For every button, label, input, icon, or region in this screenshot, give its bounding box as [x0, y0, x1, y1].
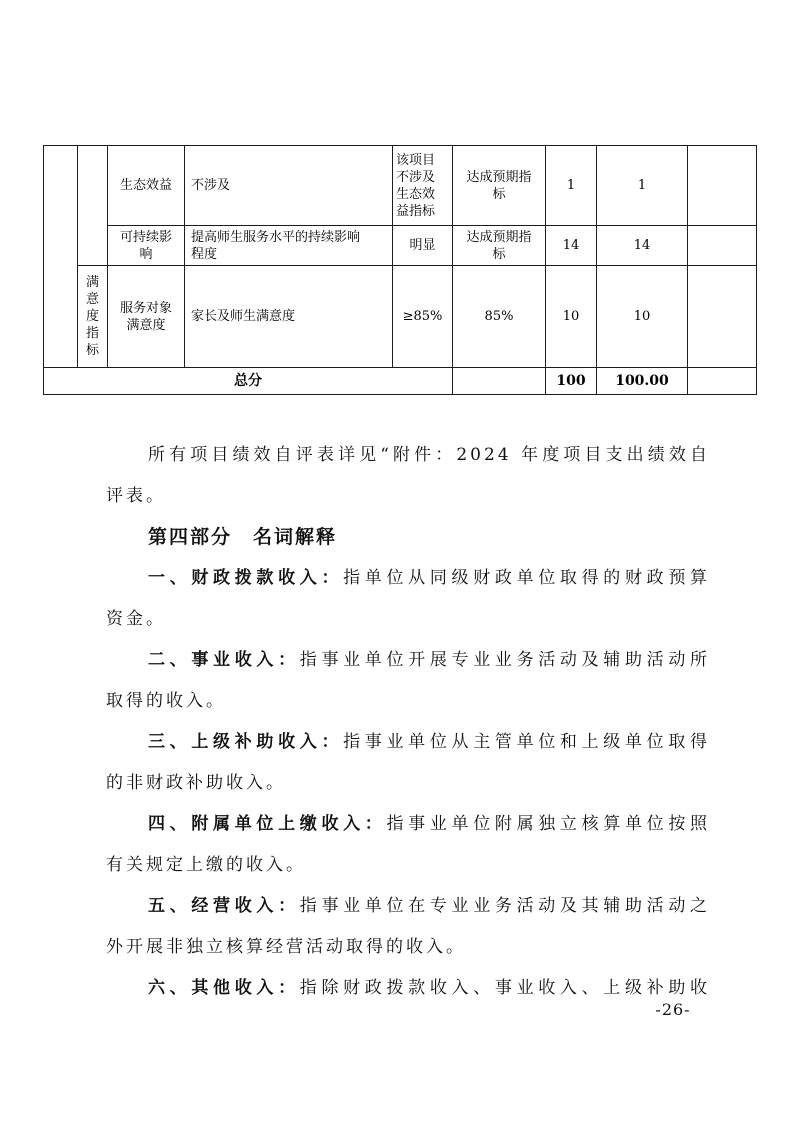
text-line: 五、经营收入：指事业单位在专业业务活动及其辅助活动之: [106, 886, 710, 927]
term-label: 四、附属单位上缴收入：: [148, 814, 386, 834]
text-line: 四、附属单位上缴收入：指事业单位附属独立核算单位按照: [106, 804, 710, 845]
text-run: 指事业单位在专业业务活动及其辅助活动之: [300, 896, 710, 916]
text-line: 的非财政补助收入。: [106, 763, 710, 804]
text-run: 的非财政补助收入。: [106, 773, 286, 793]
text-line: 一、财政拨款收入：指单位从同级财政单位取得的财政预算: [106, 558, 710, 599]
table-cell: [688, 368, 757, 395]
text-run: 指事业单位附属独立核算单位按照: [386, 814, 710, 834]
table-cell: 100: [546, 368, 597, 395]
table-cell: 该项目 不涉及 生态效 益指标: [393, 146, 453, 226]
page-number: -26-: [648, 995, 698, 1025]
table-cell: [78, 146, 108, 266]
table-cell: 14: [597, 226, 688, 266]
table-cell: 1: [597, 146, 688, 226]
table-cell: 提高师生服务水平的持续影响 程度: [185, 226, 393, 266]
text-run: 指事业单位从主管单位和上级单位取得: [343, 732, 710, 752]
text-line: 取得的收入。: [106, 681, 710, 722]
term-label: 五、经营收入：: [148, 896, 300, 916]
text-line: 二、事业收入：指事业单位开展专业业务活动及辅助活动所: [106, 640, 710, 681]
text-run: 取得的收入。: [106, 691, 226, 711]
table-cell: 明显: [393, 226, 453, 266]
text-line: 评表。: [106, 476, 710, 517]
table-cell: 14: [546, 226, 597, 266]
table-cell: 可持续影 响: [108, 226, 185, 266]
term-label: 三、上级补助收入：: [148, 732, 343, 752]
table-row: 总分100100.00: [44, 368, 757, 395]
table-cell: [688, 146, 757, 226]
table-cell: ≥85%: [393, 266, 453, 368]
document-page: 生态效益不涉及该项目 不涉及 生态效 益指标达成预期指 标11可持续影 响提高师…: [0, 0, 793, 1122]
table-cell: 生态效益: [108, 146, 185, 226]
table-cell: 满 意 度 指 标: [78, 266, 108, 368]
term-label: 二、事业收入：: [148, 650, 300, 670]
section-heading: 第四部分 名词解释: [106, 517, 710, 558]
table-cell: [688, 266, 757, 368]
table-cell: 达成预期指 标: [453, 146, 546, 226]
table-cell: 达成预期指 标: [453, 226, 546, 266]
document-body: 所有项目绩效自评表详见“附件：2024 年度项目支出绩效自评表。第四部分 名词解…: [106, 435, 710, 1009]
table-cell: 家长及师生满意度: [185, 266, 393, 368]
table-cell: 服务对象 满意度: [108, 266, 185, 368]
table-cell: [44, 146, 78, 368]
text-run: 所有项目绩效自评表详见“附件：2024 年度项目支出绩效自: [148, 445, 710, 465]
table-row: 满 意 度 指 标服务对象 满意度家长及师生满意度≥85%85%1010: [44, 266, 757, 368]
text-run: 评表。: [106, 486, 166, 506]
table-cell: 10: [546, 266, 597, 368]
text-line: 所有项目绩效自评表详见“附件：2024 年度项目支出绩效自: [106, 435, 710, 476]
table-row: 生态效益不涉及该项目 不涉及 生态效 益指标达成预期指 标11: [44, 146, 757, 226]
table-cell: 不涉及: [185, 146, 393, 226]
table-cell: 100.00: [597, 368, 688, 395]
table-cell: 总分: [44, 368, 453, 395]
table-cell: [688, 226, 757, 266]
text-line: 六、其他收入：指除财政拨款收入、事业收入、上级补助收: [106, 968, 710, 1009]
text-run: 指事业单位开展专业业务活动及辅助活动所: [300, 650, 710, 670]
text-line: 三、上级补助收入：指事业单位从主管单位和上级单位取得: [106, 722, 710, 763]
table-body: 生态效益不涉及该项目 不涉及 生态效 益指标达成预期指 标11可持续影 响提高师…: [44, 146, 757, 395]
text-line: 有关规定上缴的收入。: [106, 845, 710, 886]
text-run: 资金。: [106, 609, 166, 629]
performance-table: 生态效益不涉及该项目 不涉及 生态效 益指标达成预期指 标11可持续影 响提高师…: [43, 145, 757, 395]
text-line: 资金。: [106, 599, 710, 640]
table-cell: 85%: [453, 266, 546, 368]
table-row: 可持续影 响提高师生服务水平的持续影响 程度明显达成预期指 标1414: [44, 226, 757, 266]
term-label: 第四部分 名词解释: [148, 526, 337, 548]
text-run: 指单位从同级财政单位取得的财政预算: [343, 568, 710, 588]
text-line: 外开展非独立核算经营活动取得的收入。: [106, 927, 710, 968]
table-cell: [453, 368, 546, 395]
text-run: 外开展非独立核算经营活动取得的收入。: [106, 937, 466, 957]
term-label: 六、其他收入：: [148, 978, 300, 998]
text-run: 有关规定上缴的收入。: [106, 855, 306, 875]
table-cell: 1: [546, 146, 597, 226]
table-cell: 10: [597, 266, 688, 368]
term-label: 一、财政拨款收入：: [148, 568, 343, 588]
